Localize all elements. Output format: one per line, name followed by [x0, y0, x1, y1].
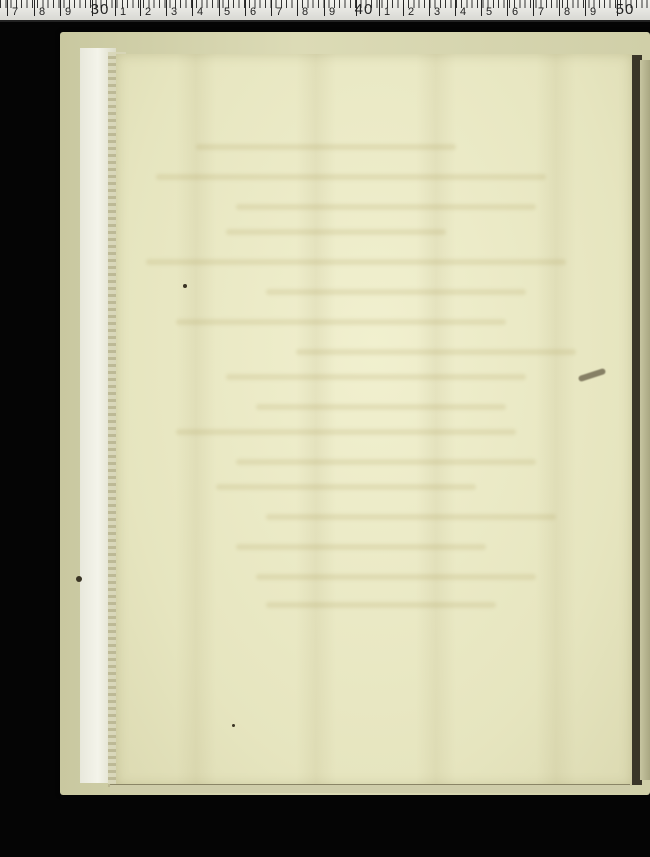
ruler-major-tick	[533, 0, 534, 16]
ruler-major-tick	[455, 0, 456, 16]
ruler-major-tick	[60, 0, 61, 16]
showthrough-line	[216, 484, 476, 490]
ruler-major-tick	[192, 0, 193, 16]
ruler-label: 2	[408, 6, 414, 18]
ruler-major-tick	[585, 0, 586, 16]
showthrough-line	[236, 459, 536, 465]
ruler-label: 3	[171, 6, 177, 18]
ruler-label: 4	[197, 6, 203, 18]
ruler-major-tick	[481, 0, 482, 16]
manuscript-page: illegible (mirror-image bleed-through fr…	[116, 54, 632, 786]
ruler-major-tick	[34, 0, 35, 16]
showthrough-line	[256, 574, 536, 580]
showthrough-line	[176, 319, 506, 325]
ruler-label: 40	[355, 4, 374, 16]
ink-spot	[183, 284, 187, 288]
ruler-label: 6	[512, 6, 518, 18]
showthrough-line	[266, 602, 496, 608]
showthrough-line	[196, 144, 456, 150]
ruler-label: 9	[329, 6, 335, 18]
ruler-label: 9	[590, 6, 596, 18]
ruler-major-tick	[271, 0, 272, 16]
ruler-major-tick	[7, 0, 8, 16]
ruler-major-tick	[140, 0, 141, 16]
ruler-label: 1	[120, 6, 126, 18]
showthrough-line	[236, 204, 536, 210]
paper-wave	[536, 54, 576, 786]
ruler-label: 8	[39, 6, 45, 18]
paper-wave	[296, 54, 336, 786]
ruler-major-tick	[115, 0, 116, 16]
showthrough-line	[156, 174, 546, 180]
ruler-label: 9	[65, 6, 71, 18]
paper-wave	[416, 54, 456, 786]
board-hole	[76, 576, 82, 582]
showthrough-line	[176, 429, 516, 435]
ruler-major-tick	[429, 0, 430, 16]
ruler-label: 5	[224, 6, 230, 18]
ruler-label: 4	[460, 6, 466, 18]
showthrough-line	[226, 229, 446, 235]
ruler-label: 2	[145, 6, 151, 18]
ruler-major-tick	[507, 0, 508, 16]
ruler-major-tick	[297, 0, 298, 16]
ruler-major-tick	[559, 0, 560, 16]
showthrough-line	[226, 374, 526, 380]
ruler-label: 7	[12, 6, 18, 18]
ruler-label: 5	[486, 6, 492, 18]
ruler-label: 7	[276, 6, 282, 18]
ruler-major-tick	[166, 0, 167, 16]
paper-wave	[176, 54, 216, 786]
ruler-major-tick	[245, 0, 246, 16]
ruler-major-tick	[219, 0, 220, 16]
ruler-major-tick	[403, 0, 404, 16]
ruler-label: 3	[434, 6, 440, 18]
showthrough-line	[266, 289, 526, 295]
ruler-label: 8	[564, 6, 570, 18]
ruler-major-tick	[379, 0, 380, 16]
showthrough-line	[256, 404, 506, 410]
showthrough-line	[236, 544, 486, 550]
ruler-label: 50	[616, 4, 635, 16]
showthrough-line	[146, 259, 566, 265]
ruler-label: 1	[384, 6, 390, 18]
ruler-label: 30	[91, 4, 110, 16]
ruler-label: 6	[250, 6, 256, 18]
ink-spot	[232, 724, 235, 727]
ruler-label: 8	[302, 6, 308, 18]
adjacent-leaf-edge	[640, 60, 650, 780]
page-bottom-edge	[110, 784, 630, 793]
ruler-label: 7	[538, 6, 544, 18]
ruler-major-tick	[324, 0, 325, 16]
showthrough-line	[296, 349, 576, 355]
scale-ruler: 789301234567894012345678950	[0, 0, 650, 22]
showthrough-line	[266, 514, 556, 520]
